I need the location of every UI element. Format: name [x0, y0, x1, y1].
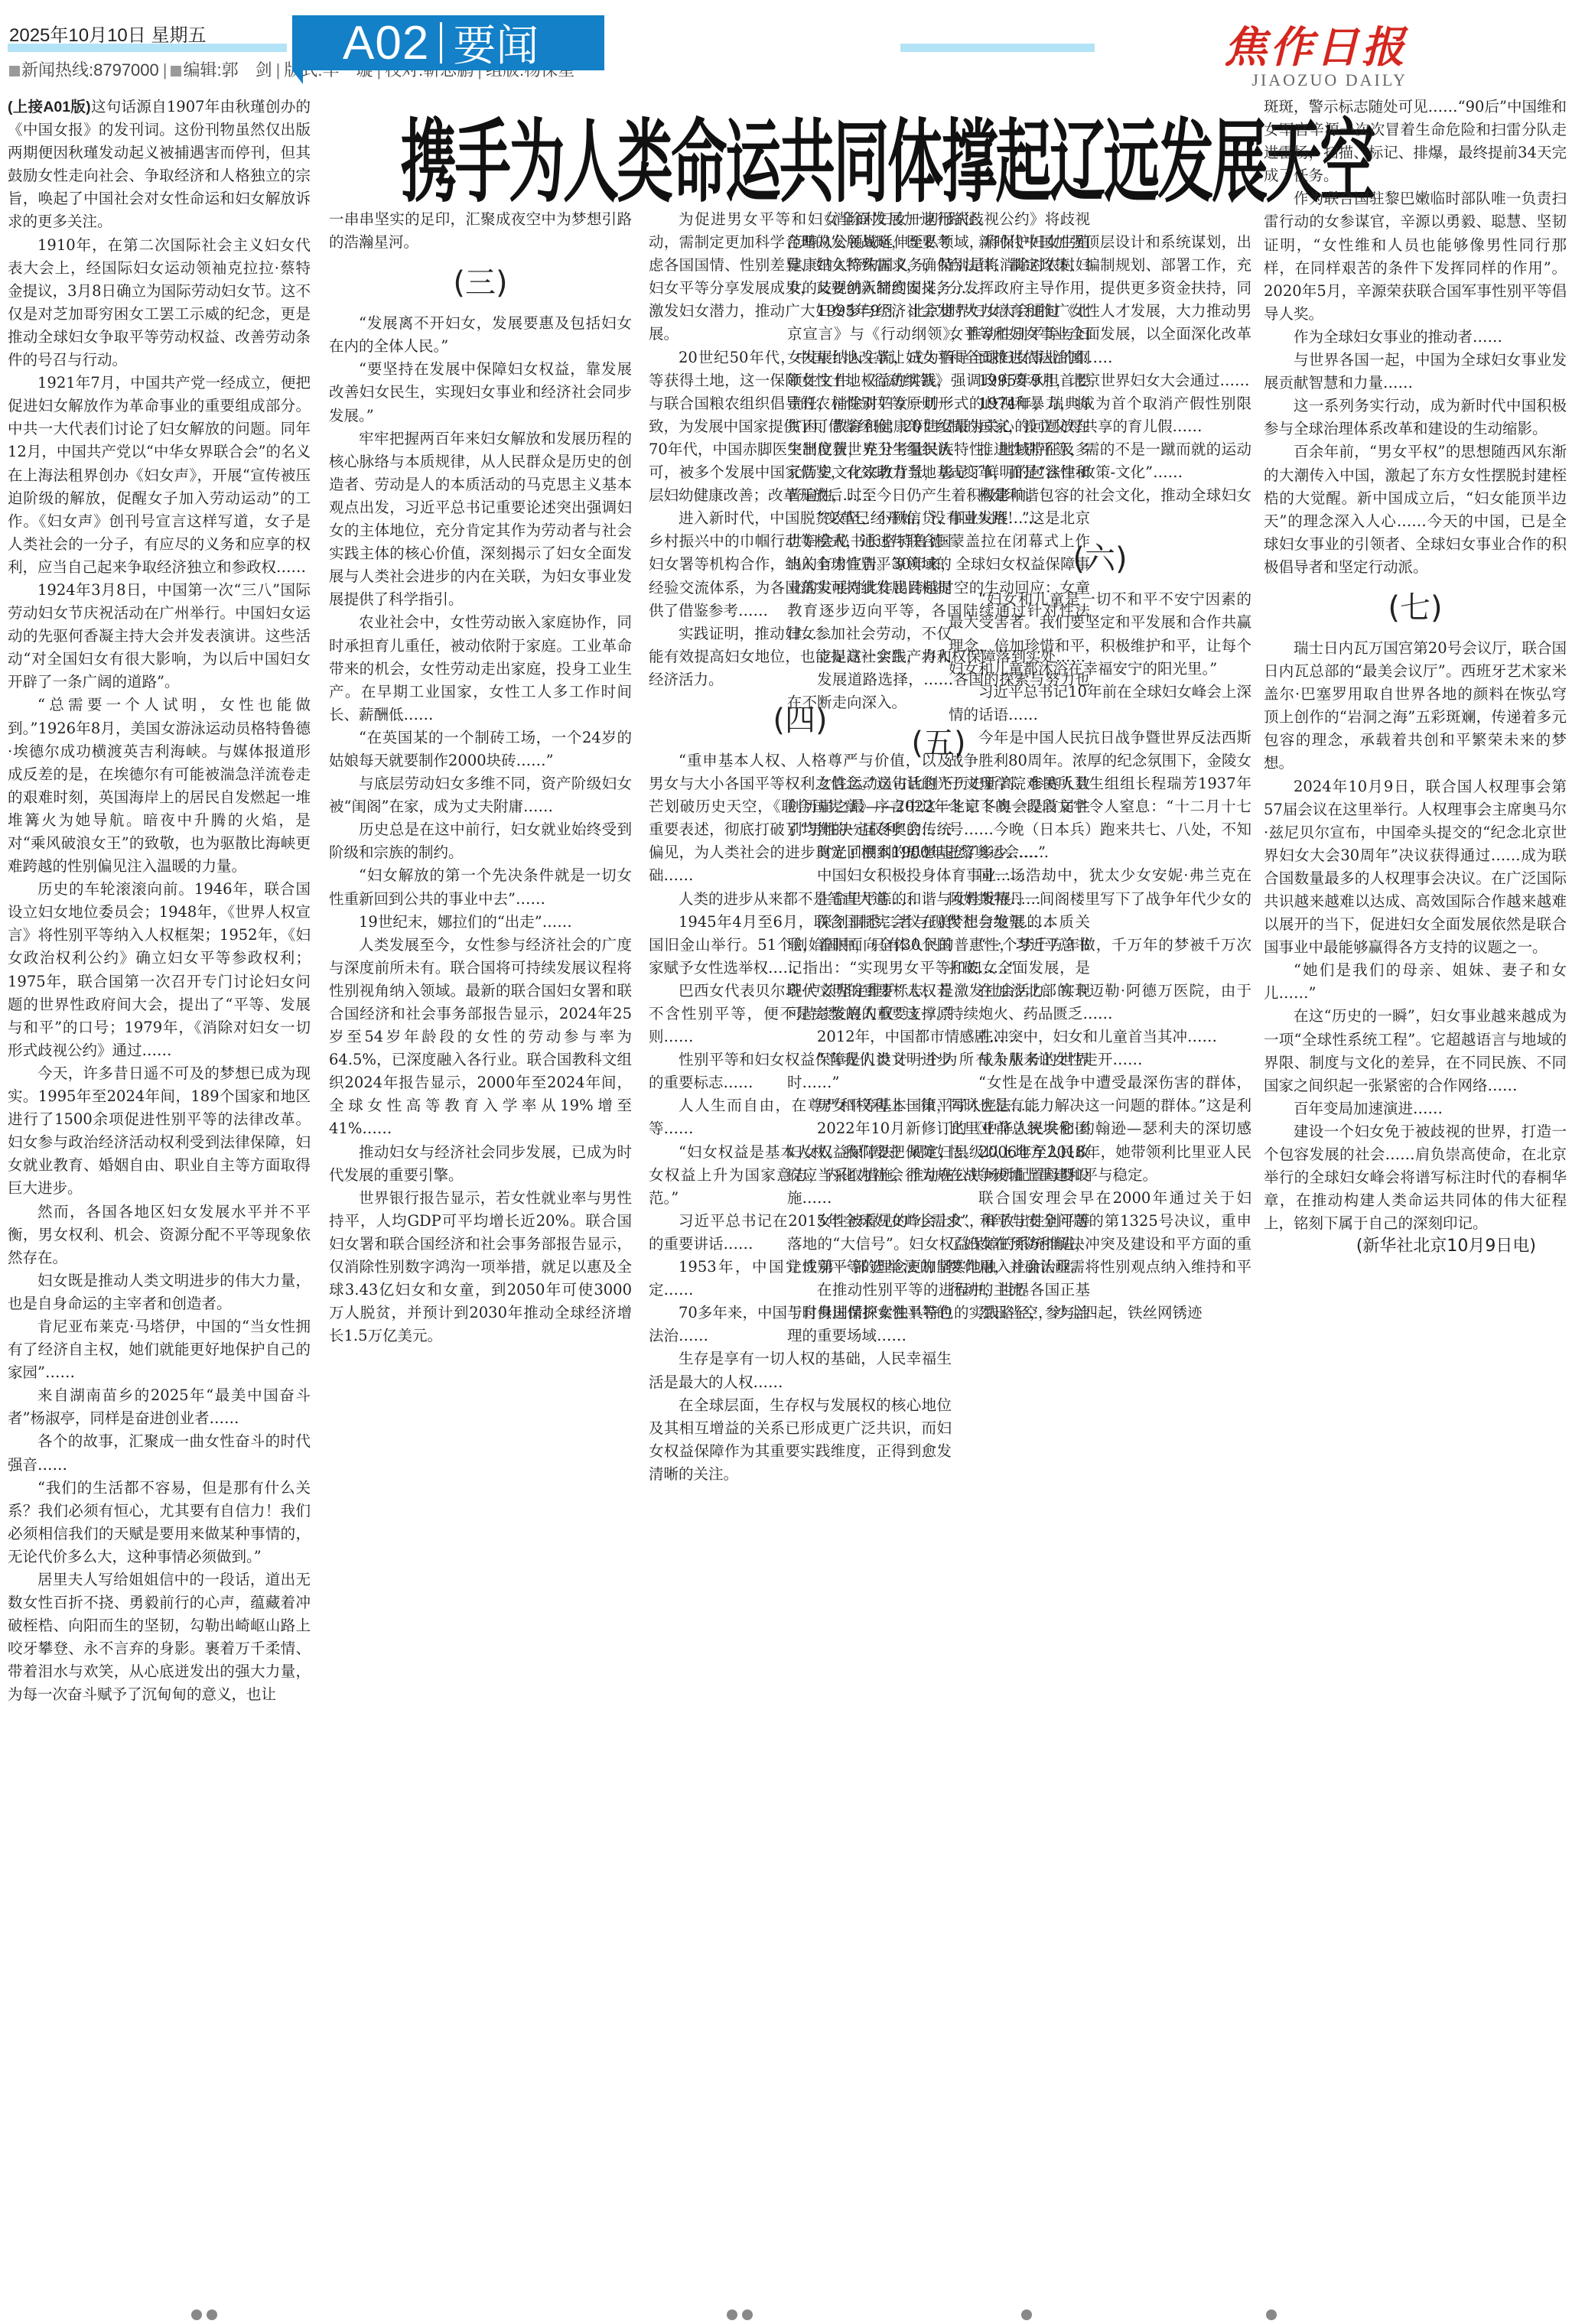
- article-paragraph: 在冲突中，妇女和儿童首当其冲……: [949, 1025, 1251, 1048]
- square-bullet-icon: [9, 66, 20, 76]
- article-paragraph: 与世界各国一起，中国为全球妇女事业发展贡献智慧和力量……: [1264, 349, 1567, 395]
- article-paragraph: “我们的生活都不容易，但是那有什么关系？我们必须有恒心，尤其要有自信力！我们必须…: [8, 1477, 311, 1568]
- page-marker-dot: [207, 2309, 217, 2320]
- section-heading: (六): [949, 530, 1251, 588]
- article-paragraph: 在全球层面，生存权与发展权的核心地位及其相互增益的关系已形成更广泛共识，而妇女权…: [649, 1394, 952, 1486]
- article-paragraph: 牢牢把握两百年来妇女解放和发展历程的核心脉络与本质规律，从人民群众是历史的创造者…: [329, 427, 632, 612]
- logo-chinese: 焦作日报: [1102, 14, 1408, 75]
- section-name: 要闻: [453, 12, 539, 73]
- credit-separator: |: [276, 60, 281, 80]
- page-section-tab: A02 要闻: [292, 15, 604, 70]
- article-paragraph: 在这“历史的一瞬”，妇女事业越来越成为一项“全球性系统工程”。它超越语言与地域的…: [1264, 1005, 1567, 1097]
- article-paragraph: 1921年7月，中国共产党一经成立，便把促进妇女解放作为革命事业的重要组成部分。…: [8, 372, 311, 579]
- continuation-marker: (上接A01版): [8, 99, 91, 115]
- article-paragraph: 建设一个妇女免于被歧视的世界，打造一个包容发展的社会……肩负崇高使命，在北京举行…: [1264, 1120, 1567, 1235]
- dateline: (新华社北京10月9日电): [1264, 1235, 1536, 1258]
- credit-separator: |: [163, 60, 168, 80]
- article-paragraph: 与底层劳动妇女多维不同，资产阶级妇女被“闺阁”在家，成为丈夫附庸……: [329, 772, 632, 818]
- newspaper-logo: 焦作日报 JIAOZUO DAILY: [1102, 14, 1408, 90]
- article-paragraph: 新时代中国加强顶层设计和系统谋划，出台法律、制定政策、编制规划、部署工作，充分发…: [949, 231, 1251, 369]
- credit-item: 编辑:郭 剑: [183, 60, 272, 80]
- article-paragraph: “在英国某的一个制砖工场，一个24岁的姑娘每天就要制作2000块砖……”: [329, 726, 632, 772]
- article-paragraph: 人类发展至今，女性参与经济社会的广度与深度前所未有。联合国将可持续发展议程将性别…: [329, 934, 632, 1141]
- article-paragraph: 2024年10月9日，联合国人权理事会第57届会议在这里举行。人权理事会主席奥马…: [1264, 775, 1567, 960]
- article-paragraph: 路径。: [949, 208, 1251, 231]
- article-column-5: 路径。新时代中国加强顶层设计和系统谋划，出台法律、制定政策、编制规划、部署工作，…: [949, 208, 1251, 1325]
- article-paragraph: 来自湖南苗乡的2025年“最美中国奋斗者”杨淑亭，同样是奋进创业者……: [8, 1384, 311, 1430]
- article-paragraph: “她们是我们的母亲、姐妹、妻子和女儿……”: [1264, 959, 1567, 1005]
- article-paragraph: “妇女解放的第一个先决条件就是一切女性重新回到公共的事业中去”……: [329, 864, 632, 910]
- article-paragraph: 一串串坚实的足印，汇聚成夜空中为梦想引路的浩瀚星河。: [329, 208, 632, 254]
- article-paragraph: 百余年前，“男女平权”的思想随西风东渐的大潮传入中国，激起了东方女性摆脱封建桎梏…: [1264, 440, 1567, 579]
- article-paragraph: 世界银行报告显示，若女性就业率与男性持平，人均GDP可平均增长近20%。联合国妇…: [329, 1187, 632, 1348]
- article-paragraph: 肯尼亚布莱克·马塔伊，中国的“当女性拥有了经济自主权，她们就能更好地保护自己的家…: [8, 1315, 311, 1384]
- section-heading: (七): [1264, 579, 1567, 637]
- tab-divider: [440, 22, 442, 63]
- article-paragraph: 然而，各国各地区妇女发展水平并不平衡，男女权利、机会、资源分配不平等现象依然存在…: [8, 1201, 311, 1269]
- article-paragraph: “一个梦千万年做，千万年的梦被千万次打破……”: [949, 934, 1251, 980]
- logo-english: JIAOZUO DAILY: [1102, 70, 1408, 90]
- decorative-rule-left: [8, 44, 287, 52]
- article-paragraph: 农业社会中，女性劳动嵌入家庭协作，同时承担育儿重任，被动依附于家庭。工业革命带来…: [329, 611, 632, 726]
- article-paragraph: 烈日当空，沙尘四起，铁丝网锈迹: [949, 1302, 1251, 1325]
- article-paragraph: 这一系列务实行动，成为新时代中国积极参与全球治理体系改革和建设的生动缩影。: [1264, 395, 1567, 440]
- page-marker-dot: [742, 2309, 753, 2320]
- page-number: A02: [343, 16, 429, 70]
- article-paragraph: “总需要一个人试明，女性也能做到。”1926年8月，美国女游泳运动员格特鲁德·埃…: [8, 694, 311, 878]
- article-paragraph: “要坚持在发展中保障妇女权益，靠发展改善妇女民生，实现妇女事业和经济社会同步发展…: [329, 358, 632, 427]
- article-column-6: 斑斑，警示标志随处可见……“90后”中国维和女军官辛源一次次冒着生命危险和扫雷分…: [1264, 96, 1567, 1259]
- credit-item: 新闻热线:8797000: [21, 60, 159, 80]
- article-headline: 携手为人类命运共同体撑起辽远发展天空: [401, 109, 1164, 216]
- page-marker-dot: [727, 2309, 737, 2320]
- article-paragraph: 生存是享有一切人权的基础，人民幸福生活是最大的人权……: [649, 1347, 952, 1393]
- article-paragraph: 战争从未让女性走开……: [949, 1048, 1251, 1071]
- article-paragraph: 同一场浩劫中，犹太少女安妮·弗兰克在阿姆斯特丹一间阁楼里写下了战争年代少女的梦想…: [949, 864, 1251, 933]
- page-marker-dot: [191, 2309, 202, 2320]
- square-bullet-icon: [171, 66, 181, 76]
- article-paragraph: 作为全球妇女事业的推动者……: [1264, 326, 1567, 349]
- article-paragraph: 1924年3月8日，中国第一次“三八”国际劳动妇女节庆祝活动在广州举行。中国妇女…: [8, 579, 311, 694]
- article-paragraph: 作为联合国驻黎巴嫩临时部队唯一负责扫雷行动的女参谋官，辛源以勇毅、聪慧、坚韧证明…: [1264, 187, 1567, 326]
- article-paragraph: 19世纪末，娜拉们的“出走”……: [329, 911, 632, 934]
- article-column-2: 一串串坚实的足印，汇聚成夜空中为梦想引路的浩瀚星河。(三)“发展离不开妇女，发展…: [329, 208, 632, 1347]
- article-paragraph: 瑞士日内瓦万国宫第20号会议厅，联合国日内瓦总部的“最美会议厅”。西班牙艺术家米…: [1264, 637, 1567, 775]
- article-paragraph: 推动妇女与经济社会同步发展，已成为时代发展的重要引擎。: [329, 1141, 632, 1187]
- section-heading: (三): [329, 254, 632, 312]
- article-paragraph: 构建和谐包容的社会文化，推动全球妇女事业发展……: [949, 484, 1251, 530]
- article-paragraph: (上接A01版)这句话源自1907年由秋瑾创办的《中国女报》的发刊词。这份刊物虽…: [8, 96, 311, 234]
- article-paragraph: 联合国安理会早在2000年通过关于妇女、和平与安全问题的第1325号决议，重申了…: [949, 1187, 1251, 1302]
- article-paragraph: 1974年，瑞典成为首个取消产假性别限制的国家，设立父母共享的育儿假……: [949, 392, 1251, 438]
- page-marker-dot: [1021, 2309, 1032, 2320]
- article-paragraph: “女性是在战争中遭受最深伤害的群体，同时也是有能力解决这一问题的群体。”这是利比…: [949, 1071, 1251, 1186]
- article-paragraph: 百年变局加速演进……: [1264, 1097, 1567, 1120]
- article-paragraph: 居里夫人写给姐姐信中的一段话，道出无数女性百折不挠、勇毅前行的心声，蕴藏着冲破桎…: [8, 1568, 311, 1707]
- page-marker-dot: [1266, 2309, 1277, 2320]
- article-column-1: (上接A01版)这句话源自1907年由秋瑾创办的《中国女报》的发刊词。这份刊物虽…: [8, 96, 311, 1707]
- article-paragraph: 历史总是在这中前行，妇女就业始终受到阶级和宗族的制约。: [329, 818, 632, 864]
- article-paragraph: “发展离不开妇女，发展要惠及包括妇女在内的全体人民。”: [329, 312, 632, 358]
- article-paragraph: 1995年9月，北京世界妇女大会通过……: [949, 369, 1251, 392]
- article-paragraph: 历史的车轮滚滚向前。1946年，联合国设立妇女地位委员会；1948年，《世界人权…: [8, 878, 311, 1062]
- article-paragraph: 1910年，在第二次国际社会主义妇女代表大会上，经国际妇女运动领袖克拉拉·蔡特金…: [8, 234, 311, 372]
- issue-date: 2025年10月10日 星期五: [9, 20, 206, 47]
- article-paragraph: 今年是中国人民抗日战争暨世界反法西斯战争胜利80周年。浓厚的纪念氛围下，金陵女子…: [949, 726, 1251, 865]
- article-paragraph: 各个的故事，汇聚成一曲女性奋斗的时代强音……: [8, 1430, 311, 1476]
- article-paragraph: 在加沙北部的卡迈勒·阿德万医院，由于持续炮火、药品匮乏……: [949, 980, 1251, 1025]
- masthead: 2025年10月10日 星期五 新闻热线:8797000|编辑:郭 剑|版式:车…: [0, 0, 1572, 86]
- article-paragraph: 习近平总书记10年前在全球妇女峰会上深情的话语……: [949, 681, 1251, 726]
- article-paragraph: “妇女和儿童是一切不和平不安宁因素的最大受害者。我们要坚定和平发展和合作共赢理念…: [949, 588, 1251, 680]
- article-paragraph: 今天，许多昔日遥不可及的梦想已成为现实。1995年至2024年间，189个国家和…: [8, 1062, 311, 1201]
- article-paragraph: 妇女既是推动人类文明进步的伟大力量，也是自身命运的主宰者和创造者。: [8, 1269, 311, 1315]
- article-paragraph: 斑斑，警示标志随处可见……“90后”中国维和女军官辛源一次次冒着生命危险和扫雷分…: [1264, 96, 1567, 187]
- article-paragraph: 推进性别平等，需的不是一蹴而就的运动式变革，而是“法律-政策-文化”……: [949, 438, 1251, 484]
- decorative-rule-right: [900, 44, 1095, 52]
